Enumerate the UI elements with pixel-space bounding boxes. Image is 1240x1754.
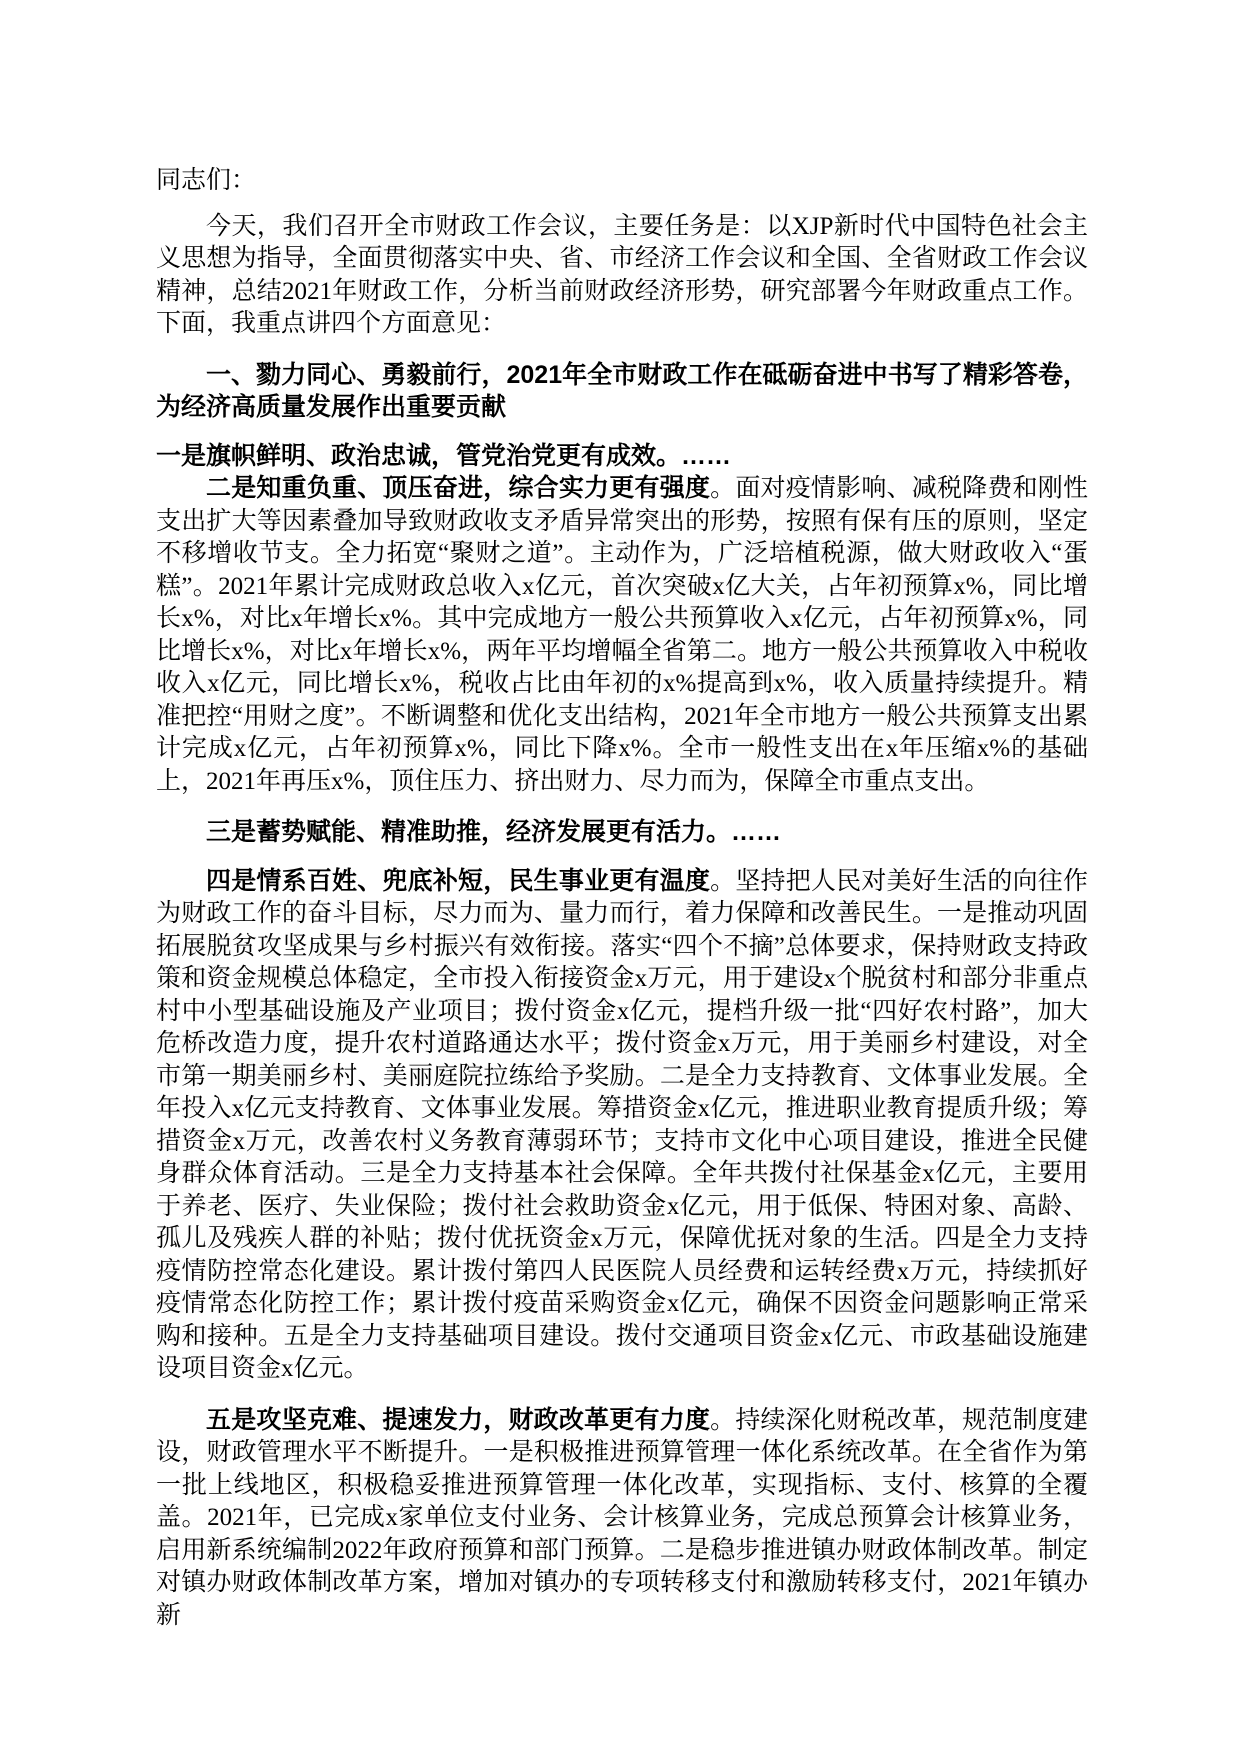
point-4-paragraph: 四是情系百姓、兜底补短，民生事业更有温度。坚持把人民对美好生活的向往作为财政工作… (156, 865, 1088, 1386)
point-5-text: 。持续深化财税改革，规范制度建设，财政管理水平不断提升。一是积极推进预算管理一体… (156, 1407, 1088, 1629)
point-5-lead: 五是攻坚克难、提速发力，财政改革更有力度 (206, 1406, 710, 1434)
point-4-text: 。坚持把人民对美好生活的向往作为财政工作的奋斗目标，尽力而为、量力而行，着力保障… (156, 868, 1088, 1383)
point-5-paragraph: 五是攻坚克难、提速发力，财政改革更有力度。持续深化财税改革，规范制度建设，财政管… (156, 1404, 1088, 1633)
section-1-heading: 一、勠力同心、勇毅前行，2021年全市财政工作在砥砺奋进中书写了精彩答卷，为经济… (156, 359, 1088, 424)
point-2-lead: 二是知重负重、顶压奋进，综合实力更有强度 (206, 474, 710, 502)
document-page: 同志们： 今天，我们召开全市财政工作会议，主要任务是：以XJP新时代中国特色社会… (0, 0, 1240, 1754)
point-2-paragraph: 二是知重负重、顶压奋进，综合实力更有强度。面对疫情影响、减税降费和刚性支出扩大等… (156, 472, 1088, 798)
intro-paragraph: 今天，我们召开全市财政工作会议，主要任务是：以XJP新时代中国特色社会主义思想为… (156, 211, 1088, 341)
point-1-paragraph: 一是旗帜鲜明、政治忠诚，管党治党更有成效。…… (156, 440, 1088, 473)
point-3-paragraph: 三是蓄势赋能、精准助推，经济发展更有活力。…… (156, 816, 1088, 849)
point-2-text: 。面对疫情影响、减税降费和刚性支出扩大等因素叠加导致财政收支矛盾异常突出的形势，… (156, 475, 1088, 795)
salutation: 同志们： (156, 165, 1088, 198)
point-4-lead: 四是情系百姓、兜底补短，民生事业更有温度 (206, 867, 710, 895)
